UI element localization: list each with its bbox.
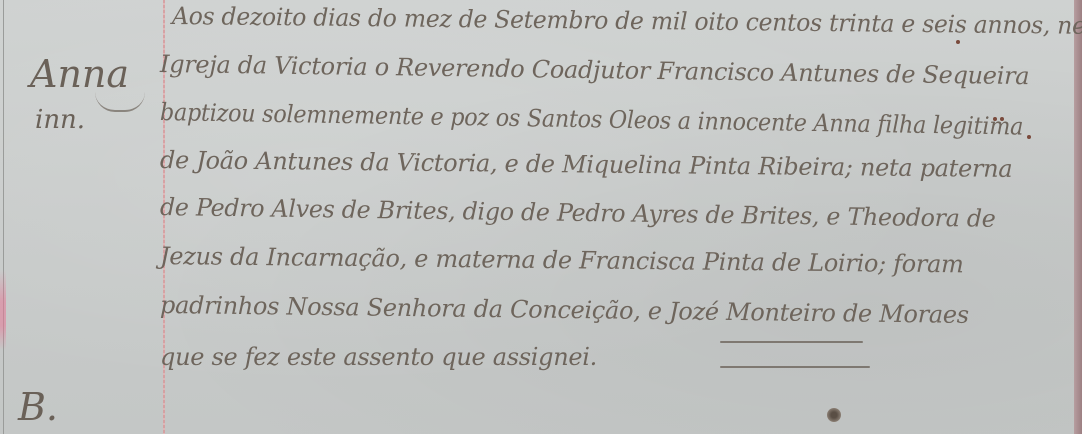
record-line-6: Jezus da Incarnação, e materna de Franci… [160,242,964,278]
margin-flourish [95,92,145,112]
record-line-3: baptizou solemnemente e poz os Santos Ol… [160,98,1024,141]
record-line-2: Igreja da Victoria o Reverendo Coadjutor… [160,50,1030,90]
record-line-5: de Pedro Alves de Brites, digo de Pedro … [160,193,996,233]
closing-rule-upper [720,341,863,343]
closing-rule-lower [720,366,870,368]
record-line-1: Aos dezoito dias do mez de Setembro de m… [172,2,1082,40]
paper-stain [0,270,6,350]
ink-spot [993,117,997,121]
ink-blot [827,408,841,422]
ink-spot [956,40,960,44]
margin-note-annotation: inn. [35,105,85,135]
record-line-7: padrinhos Nossa Senhora da Conceição, e … [160,291,969,329]
ink-spot [1027,135,1031,139]
page-right-edge [1074,0,1082,434]
document-page: Anna inn. B. Aos dezoito dias do mez de … [0,0,1082,434]
page-left-edge [3,0,4,434]
margin-name-annotation: Anna [30,52,129,96]
ink-spot [1000,117,1004,121]
record-line-8: que se fez este assento que assignei. [160,343,597,371]
record-line-4: de João Antunes da Victoria, e de Miquel… [160,146,1013,183]
margin-letter-annotation: B. [18,385,58,429]
